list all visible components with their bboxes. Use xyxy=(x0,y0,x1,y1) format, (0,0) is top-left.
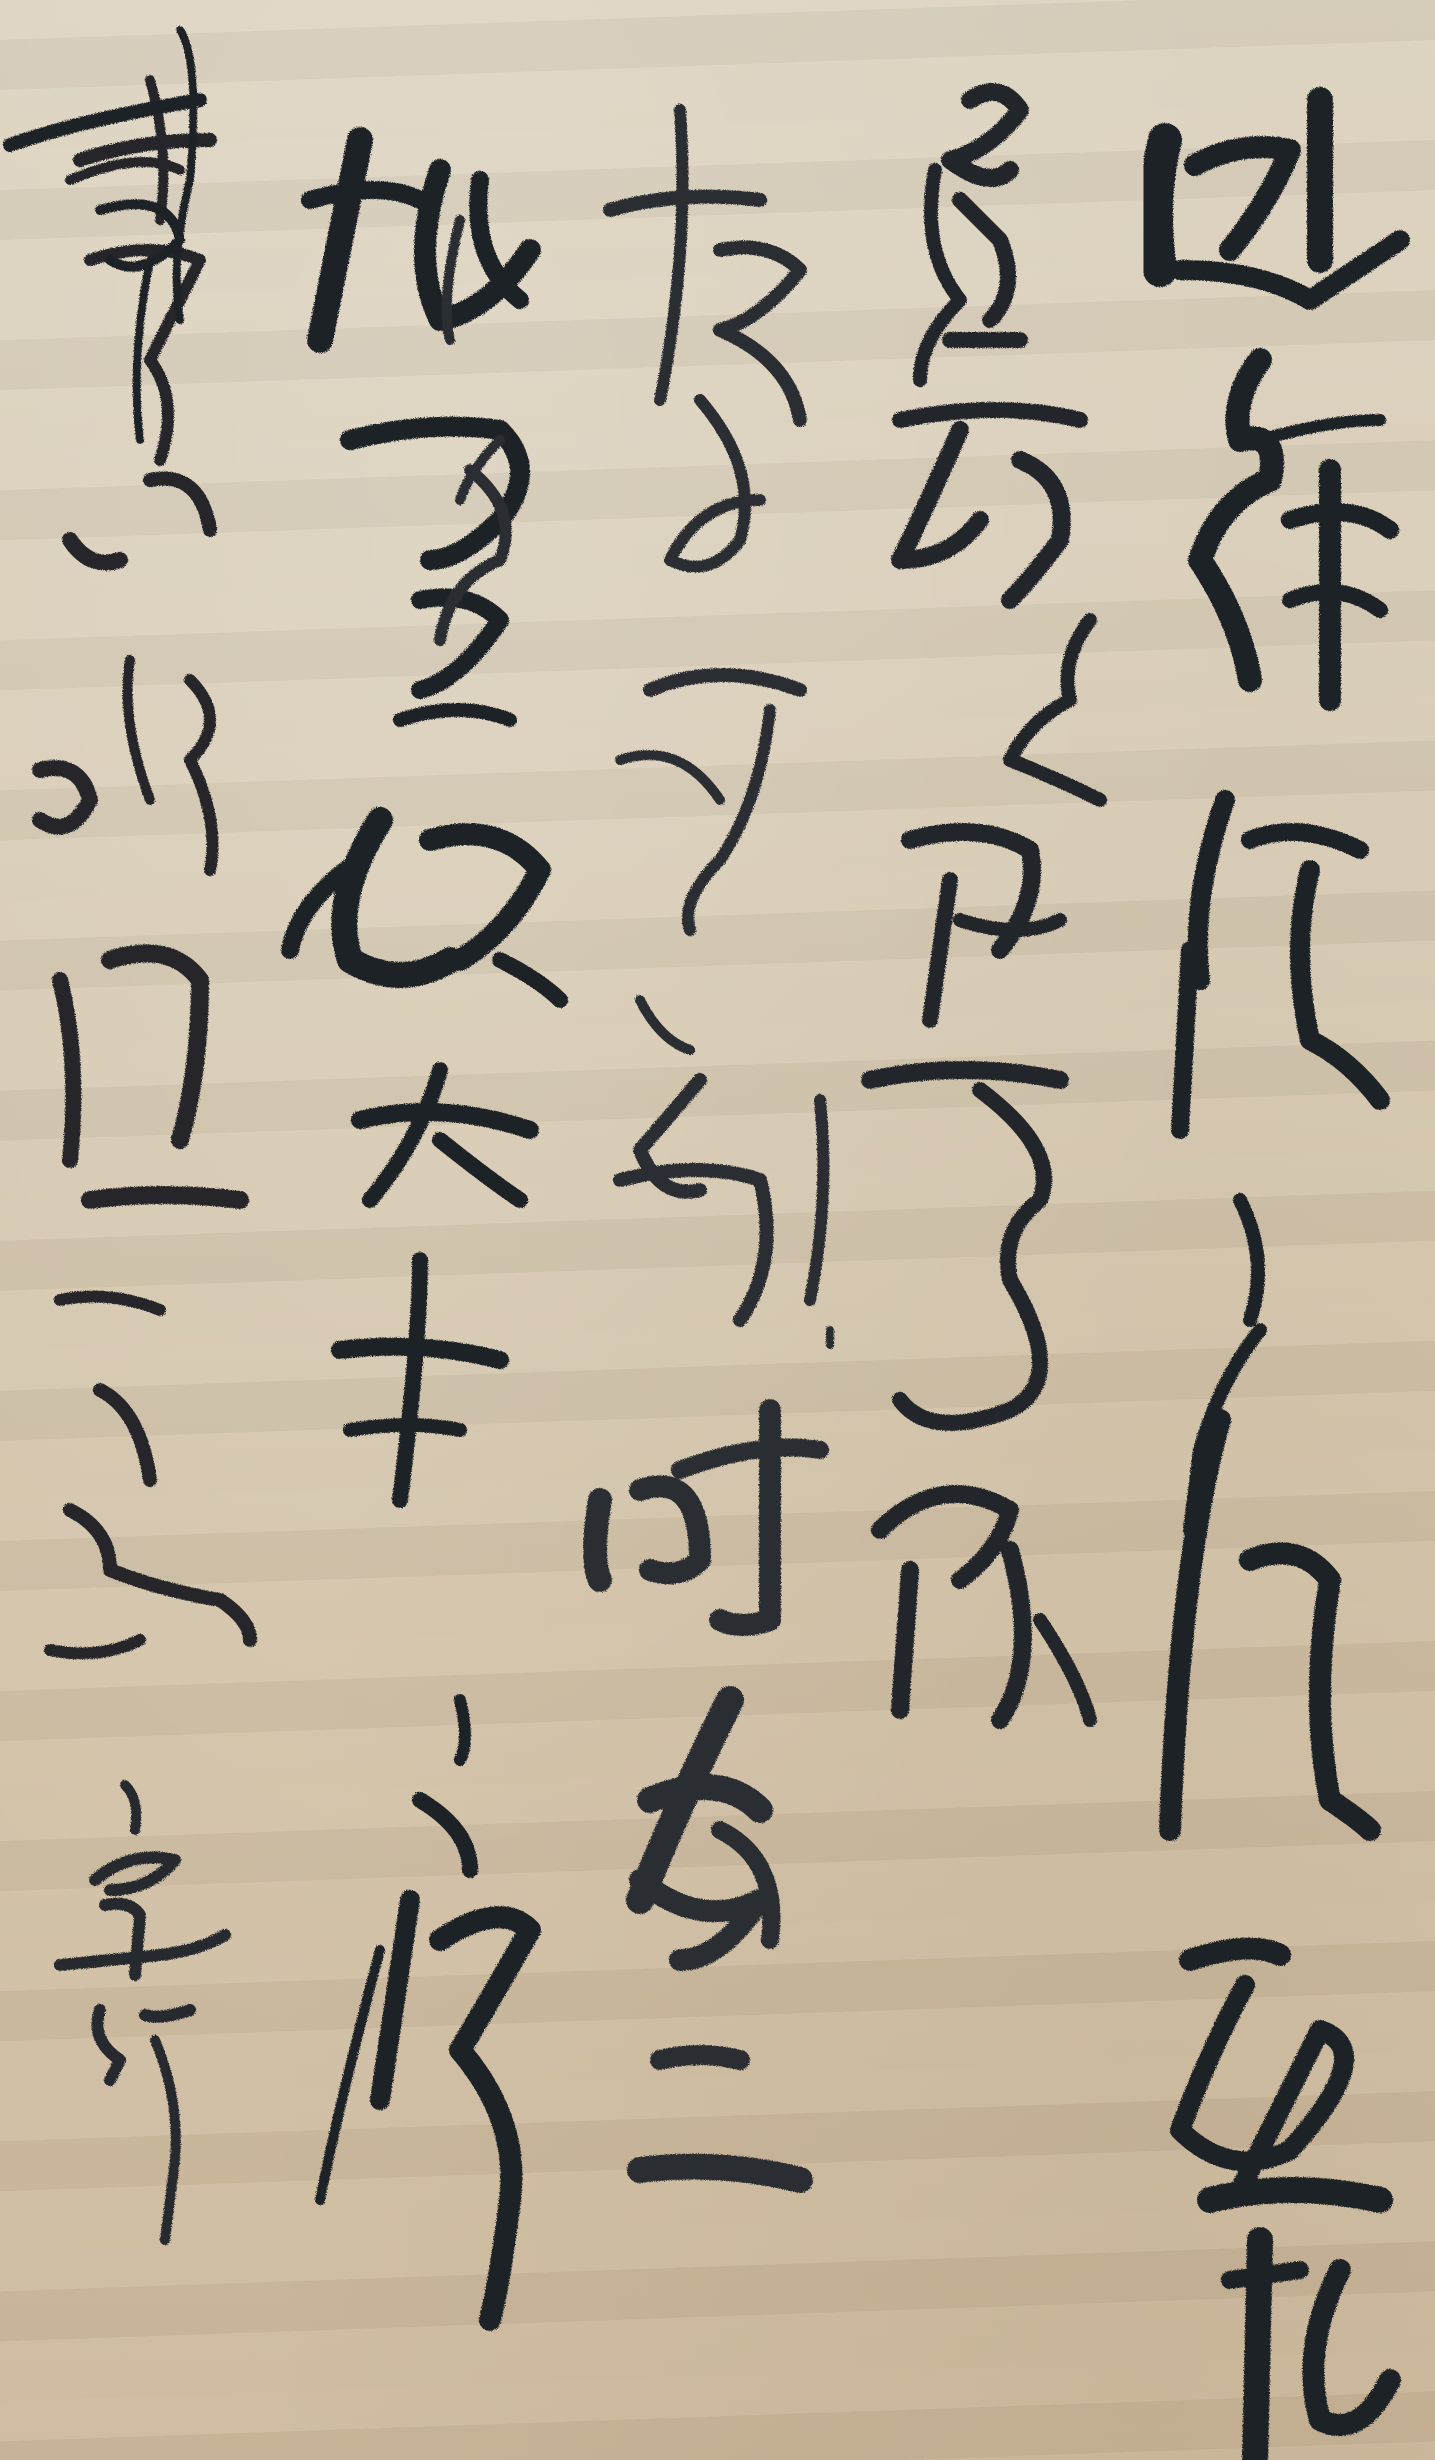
signature-strokes xyxy=(60,1785,225,2240)
column-5-strokes xyxy=(440,220,690,1050)
ink-strokes xyxy=(0,0,1435,2460)
calligraphy-scroll: 陈钟繇絺繇張芝 書數之本不易 極遊一本二時 馳舛心裁二 既曰之筆大書之作 蘭亭己… xyxy=(0,0,1435,2460)
column-6-strokes xyxy=(40,80,250,1653)
column-7-strokes xyxy=(10,30,200,440)
column-4-strokes xyxy=(290,140,560,2320)
column-2-strokes xyxy=(870,92,1100,1720)
column-1-strokes xyxy=(1156,100,1400,2460)
column-3-strokes xyxy=(595,110,830,2180)
